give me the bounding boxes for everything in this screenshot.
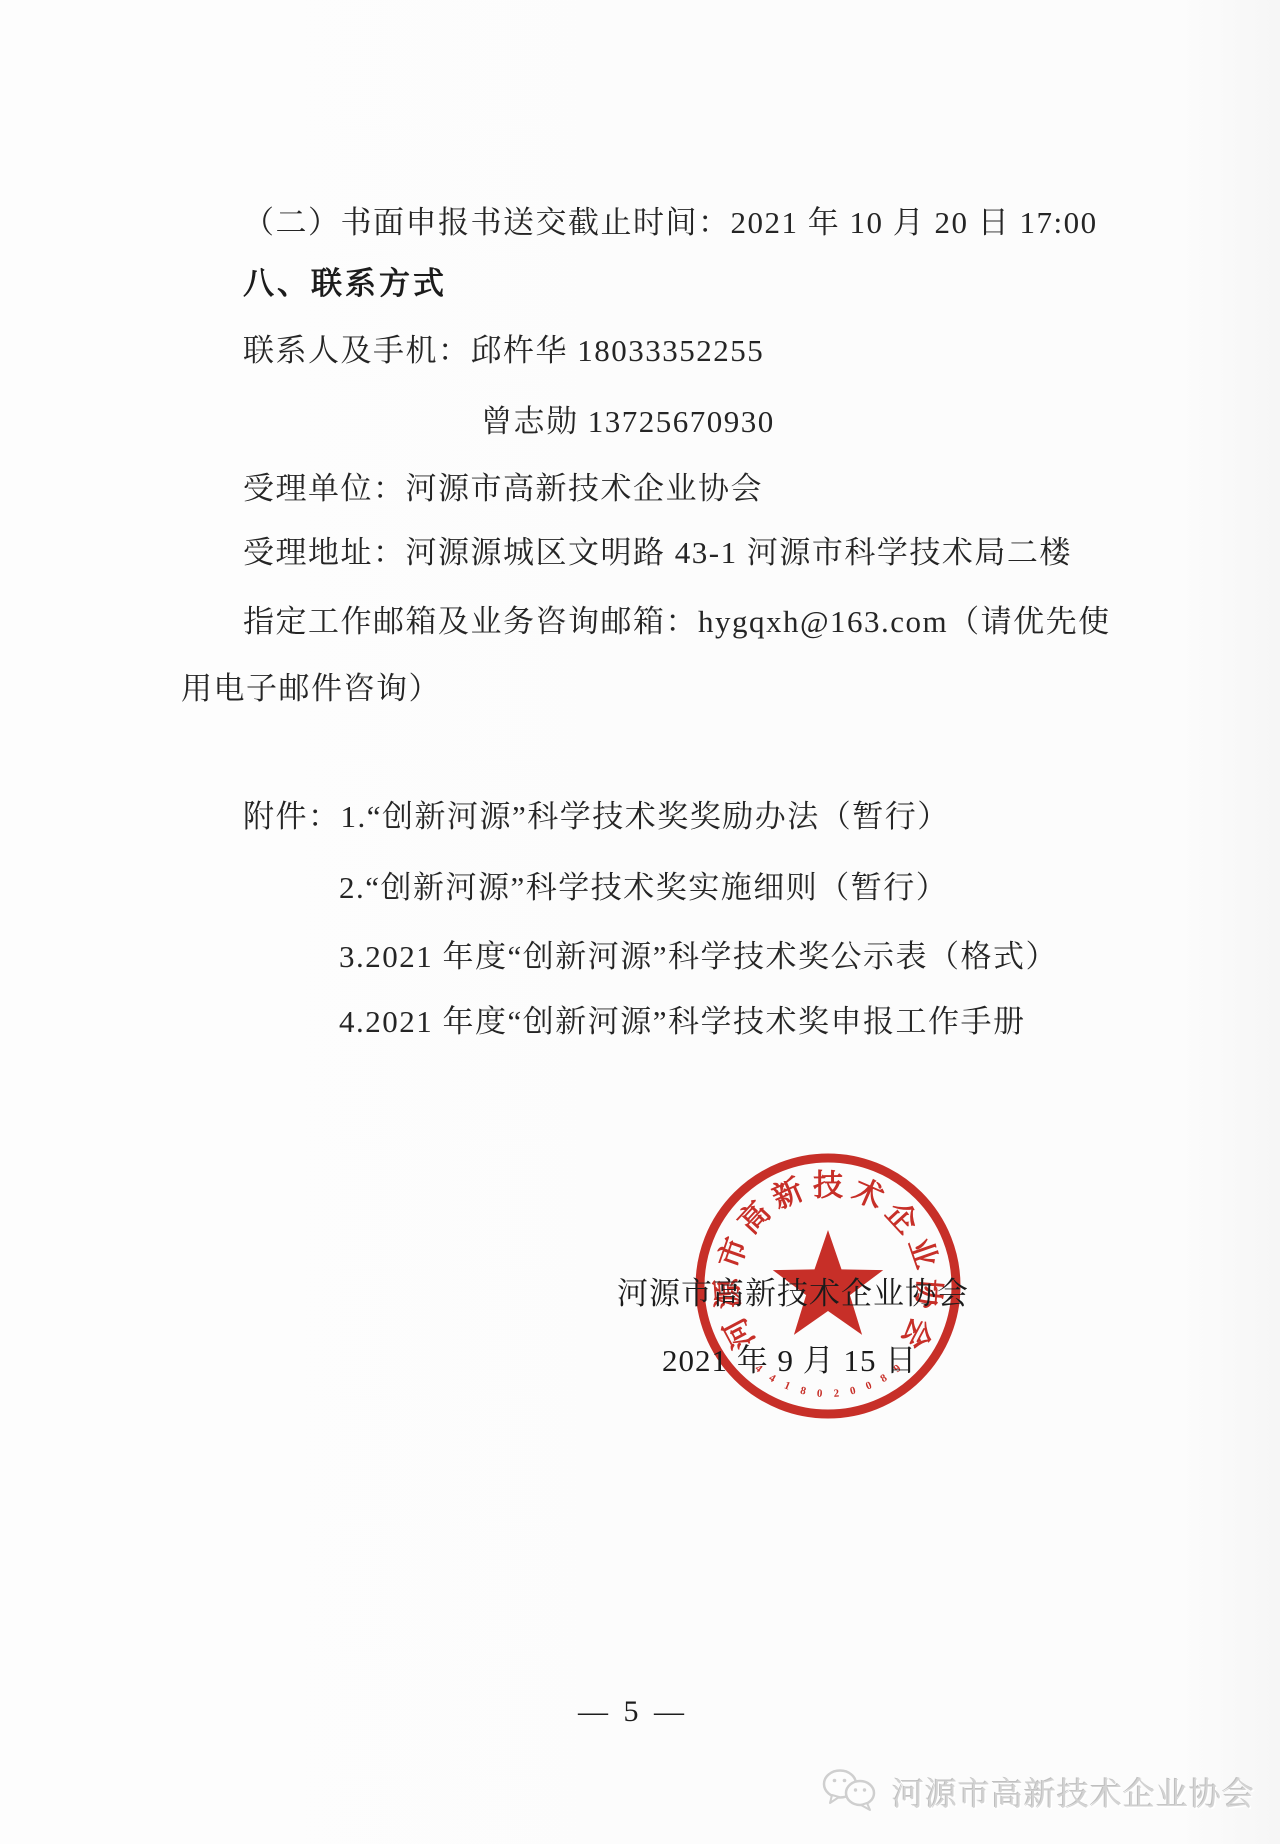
signature-date: 2021 年 9 月 15 日 bbox=[662, 1335, 917, 1380]
svg-text:0: 0 bbox=[816, 1387, 823, 1399]
attachment-item-1: 1.“创新河源”科学技术奖奖励办法（暂行） bbox=[341, 799, 950, 834]
attachment-item-3: 3.2021 年度“创新河源”科学技术奖公示表（格式） bbox=[339, 938, 1058, 976]
page-number: — 5 — bbox=[0, 1695, 1266, 1729]
attachments-label: 附件： bbox=[243, 799, 341, 834]
svg-text:市: 市 bbox=[713, 1234, 754, 1273]
svg-text:企: 企 bbox=[879, 1195, 924, 1240]
document-page: （二）书面申报书送交截止时间：2021 年 10 月 20 日 17:00 八、… bbox=[0, 0, 1280, 1844]
svg-text:新: 新 bbox=[768, 1173, 809, 1215]
deadline-line: （二）书面申报书送交截止时间：2021 年 10 月 20 日 17:00 bbox=[243, 204, 1098, 242]
contact-person-line: 联系人及手机：邱杵华 18033352255 bbox=[243, 332, 764, 370]
attachment-line-1: 附件：1.“创新河源”科学技术奖奖励办法（暂行） bbox=[243, 798, 950, 836]
section-heading: 八、联系方式 bbox=[243, 265, 447, 303]
attachment-item-2: 2.“创新河源”科学技术奖实施细则（暂行） bbox=[339, 869, 948, 907]
svg-text:术: 术 bbox=[847, 1173, 889, 1216]
svg-text:高: 高 bbox=[732, 1195, 777, 1240]
svg-text:1: 1 bbox=[782, 1379, 792, 1392]
wechat-icon bbox=[818, 1766, 882, 1818]
contact-person-line-2: 曾志勋 13725670930 bbox=[481, 403, 775, 441]
accepting-unit-line: 受理单位：河源市高新技术企业协会 bbox=[243, 470, 763, 508]
email-line: 指定工作邮箱及业务咨询邮箱：hygqxh@163.com（请优先使 bbox=[243, 603, 1111, 641]
email-line-wrap: 用电子邮件咨询） bbox=[181, 670, 441, 708]
svg-text:2: 2 bbox=[833, 1387, 840, 1399]
signature-org-name: 河源市高新技术企业协会 bbox=[617, 1268, 969, 1313]
wechat-watermark-label: 河源市高新技术企业协会 bbox=[892, 1769, 1255, 1815]
svg-text:技: 技 bbox=[813, 1170, 843, 1203]
svg-text:8: 8 bbox=[799, 1385, 808, 1398]
wechat-watermark: 河源市高新技术企业协会 bbox=[818, 1762, 1255, 1822]
attachment-item-4: 4.2021 年度“创新河源”科学技术奖申报工作手册 bbox=[339, 1003, 1026, 1041]
accepting-address-line: 受理地址：河源源城区文明路 43-1 河源市科学技术局二楼 bbox=[243, 534, 1072, 572]
svg-text:0: 0 bbox=[864, 1379, 874, 1392]
svg-text:业: 业 bbox=[902, 1234, 943, 1273]
svg-text:0: 0 bbox=[849, 1385, 858, 1398]
